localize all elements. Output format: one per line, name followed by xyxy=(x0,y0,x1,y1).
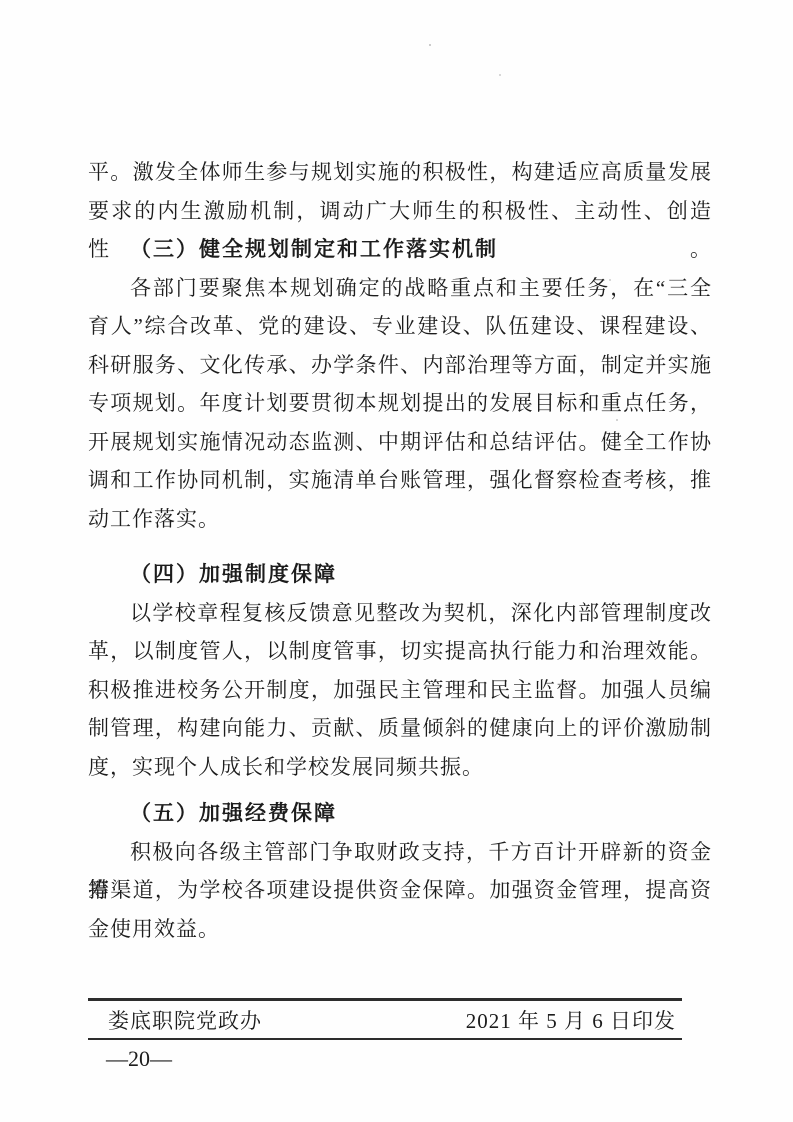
text-line: 革，以制度管人，以制度管事，切实提高执行能力和治理效能。 xyxy=(88,632,712,671)
text-line: （五）加强经费保障 xyxy=(88,794,712,833)
text-line: （四）加强制度保障 xyxy=(88,555,712,594)
text-line: 制管理，构建向能力、贡献、质量倾斜的健康向上的评价激励制 xyxy=(88,709,712,748)
text-line: 度，实现个人成长和学校发展同频共振。 xyxy=(88,748,712,787)
text-line: 金使用效益。 xyxy=(88,910,712,949)
text-line: 各部门要聚焦本规划确定的战略重点和主要任务，在“三全 xyxy=(88,269,712,308)
page-number: —20— xyxy=(106,1046,172,1072)
footer-colophon: 娄底职院党政办 2021 年 5 月 6 日印发 xyxy=(88,998,682,1040)
text-line: 专项规划。年度计划要贯彻本规划提出的发展目标和重点任务， xyxy=(88,384,712,423)
footer-print-date: 2021 年 5 月 6 日印发 xyxy=(466,1005,676,1035)
document-body: 平。激发全体师生参与规划实施的积极性，构建适应高质量发展要求的内生激励机制，调动… xyxy=(88,153,712,948)
text-line: 积极向各级主管部门争取财政支持，千方百计开辟新的资金筹 xyxy=(88,833,712,872)
text-line: 科研服务、文化传承、办学条件、内部治理等方面，制定并实施 xyxy=(88,346,712,385)
text-line: 要求的内生激励机制，调动广大师生的积极性、主动性、创造性。 xyxy=(88,192,712,231)
text-line: 开展规划实施情况动态监测、中期评估和总结评估。健全工作协 xyxy=(88,423,712,462)
text-line: 动工作落实。 xyxy=(88,500,712,539)
text-line: 以学校章程复核反馈意见整改为契机，深化内部管理制度改 xyxy=(88,594,712,633)
text-line: 措渠道，为学校各项建设提供资金保障。加强资金管理，提高资 xyxy=(88,871,712,910)
text-line: 平。激发全体师生参与规划实施的积极性，构建适应高质量发展 xyxy=(88,153,712,192)
text-line: 调和工作协同机制，实施清单台账管理，强化督察检查考核，推 xyxy=(88,461,712,500)
text-line: 积极推进校务公开制度，加强民主管理和民主监督。加强人员编 xyxy=(88,671,712,710)
document-page: 平。激发全体师生参与规划实施的积极性，构建适应高质量发展要求的内生激励机制，调动… xyxy=(0,0,793,1122)
footer-issuer: 娄底职院党政办 xyxy=(108,1005,262,1035)
text-line: 育人”综合改革、党的建设、专业建设、队伍建设、课程建设、 xyxy=(88,307,712,346)
